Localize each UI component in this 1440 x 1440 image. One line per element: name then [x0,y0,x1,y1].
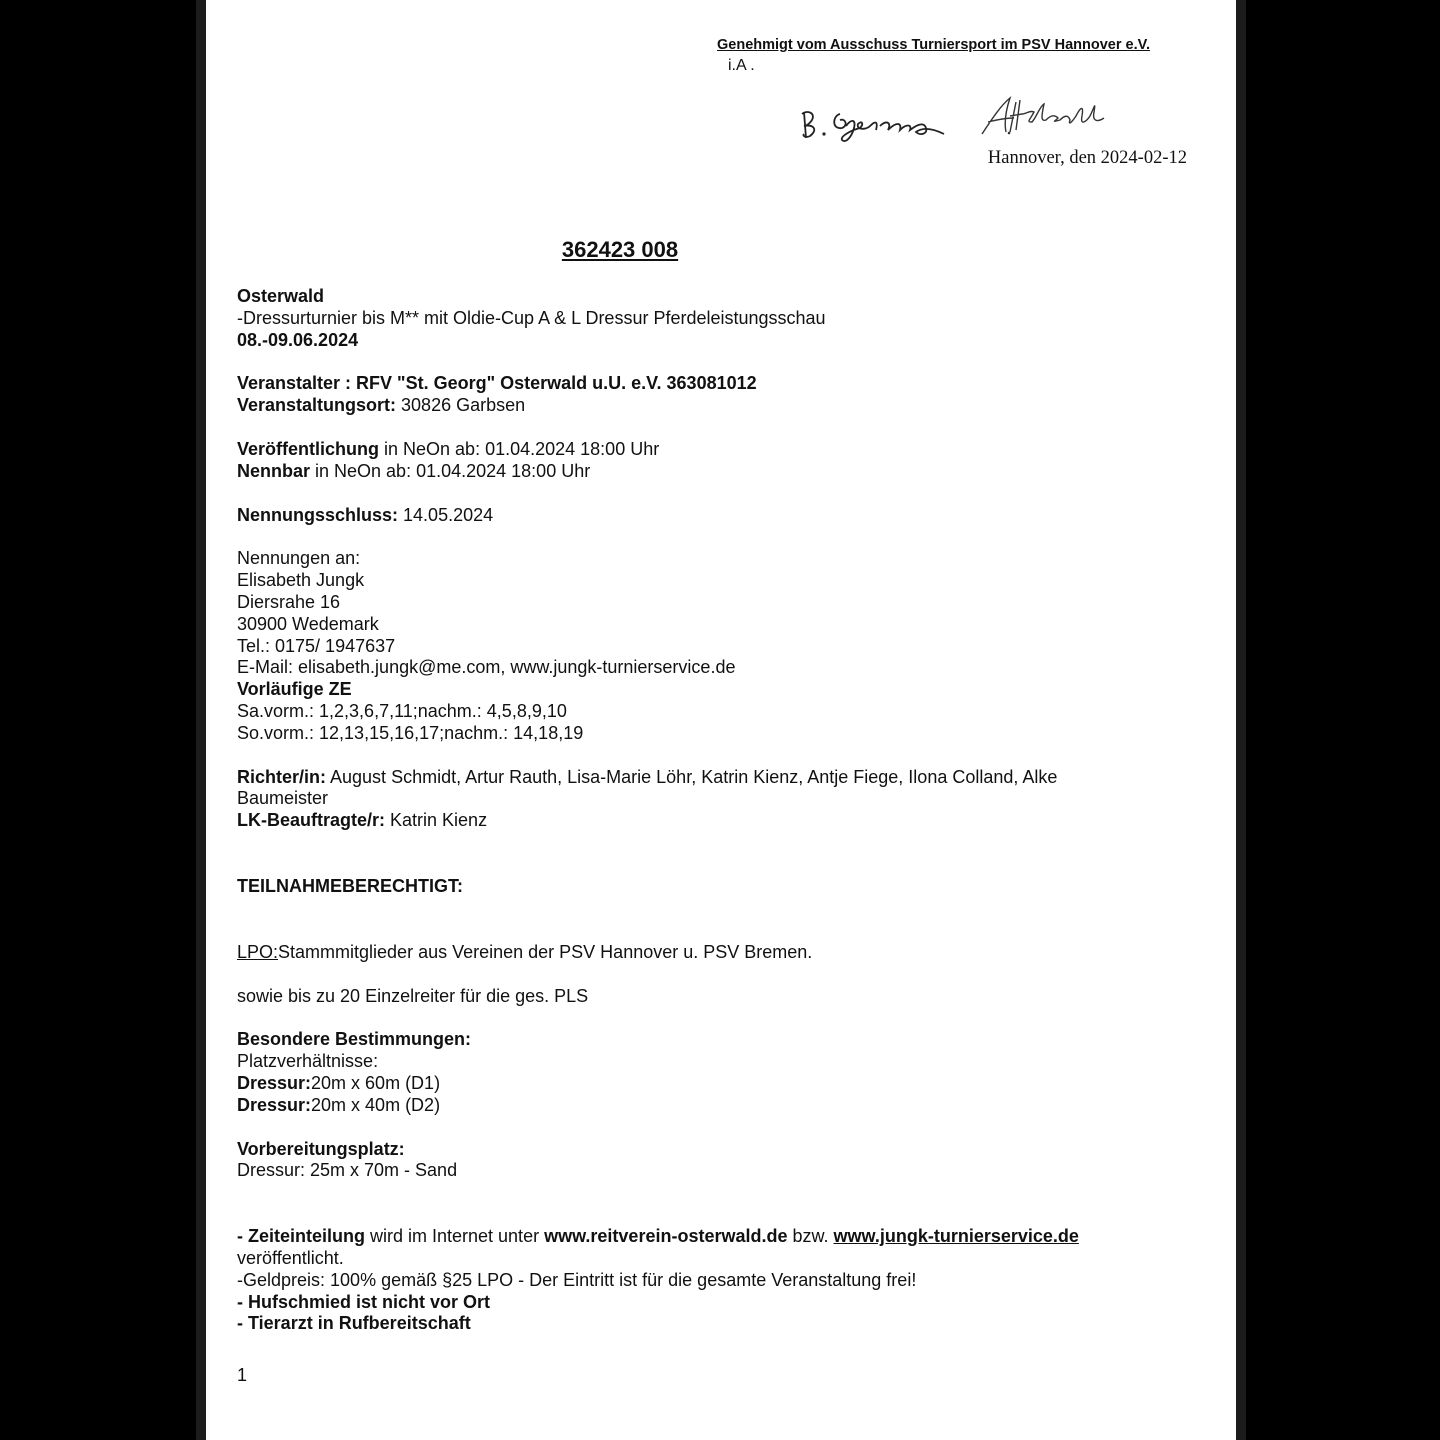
eligibility-extra: sowie bis zu 20 Einzelreiter für die ges… [237,986,1157,1008]
publication-label: Veröffentlichung [237,439,379,459]
arena-1-label: Dressur: [237,1073,311,1093]
page-shadow-right [1236,0,1246,1440]
contact-street: Diersrahe 16 [237,592,1157,614]
document-number: 362423 008 [206,237,1034,263]
venue: Veranstaltungsort: 30826 Garbsen [237,395,1157,417]
publication-value: in NeOn ab: 01.04.2024 18:00 Uhr [379,439,659,459]
arena-1: Dressur:20m x 60m (D1) [237,1073,1157,1095]
signature-2 [976,92,1106,140]
lk-label: LK-Beauftragte/r: [237,810,385,830]
venue-value: 30826 Garbsen [396,395,525,415]
entry-open-label: Nennbar [237,461,310,481]
special-heading: Besondere Bestimmungen: [237,1029,1157,1051]
signature-1 [796,100,956,148]
lk-representative: LK-Beauftragte/r: Katrin Kienz [237,810,1157,832]
event-dates: 08.-09.06.2024 [237,330,1157,352]
schedule-note-text: wird im Internet unter [365,1226,544,1246]
city-date: Hannover, den 2024-02-12 [988,148,1187,169]
event-description: -Dressurturnier bis M** mit Oldie-Cup A … [237,308,1157,330]
arena-2-value: 20m x 40m (D2) [311,1095,440,1115]
arena-1-value: 20m x 60m (D1) [311,1073,440,1093]
schedule-saturday: Sa.vorm.: 1,2,3,6,7,11;nachm.: 4,5,8,9,1… [237,701,1157,723]
lpo-value: Stammmitglieder aus Vereinen der PSV Han… [278,942,812,962]
contact-name: Elisabeth Jungk [237,570,1157,592]
entry-deadline: Nennungsschluss: 14.05.2024 [237,505,1157,527]
schedule-heading: Vorläufige ZE [237,679,1157,701]
on-behalf-label: i.A . [728,57,755,75]
contact-phone: Tel.: 0175/ 1947637 [237,636,1157,658]
schedule-note: - Zeiteinteilung wird im Internet unter … [237,1226,1157,1248]
page-number: 1 [237,1365,247,1386]
lk-value: Katrin Kienz [385,810,487,830]
publication-date: Veröffentlichung in NeOn ab: 01.04.2024 … [237,439,1157,461]
contact-email: E-Mail: elisabeth.jungk@me.com, www.jung… [237,657,1157,679]
schedule-note-label: - Zeiteinteilung [237,1226,365,1246]
reitverein-link[interactable]: www.reitverein-osterwald.de [544,1226,787,1246]
schedule-note-or: bzw. [787,1226,833,1246]
eligibility-lpo: LPO:Stammmitglieder aus Vereinen der PSV… [237,942,1157,964]
turnierservice-link[interactable]: www.jungk-turnierservice.de [834,1226,1079,1246]
schedule-sunday: So.vorm.: 12,13,15,16,17;nachm.: 14,18,1… [237,723,1157,745]
venue-label: Veranstaltungsort: [237,395,396,415]
document-body: Osterwald -Dressurturnier bis M** mit Ol… [237,286,1157,1335]
warmup-value: Dressur: 25m x 70m - Sand [237,1160,1157,1182]
farrier-note: - Hufschmied ist nicht vor Ort [237,1292,1157,1314]
warmup-heading: Vorbereitungsplatz: [237,1139,1157,1161]
arena-2: Dressur:20m x 40m (D2) [237,1095,1157,1117]
entry-open-date: Nennbar in NeOn ab: 01.04.2024 18:00 Uhr [237,461,1157,483]
organizer: Veranstalter : RFV "St. Georg" Osterwald… [237,373,1157,395]
prize-note: -Geldpreis: 100% gemäß §25 LPO - Der Ein… [237,1270,1157,1292]
eligibility-heading: TEILNAHMEBERECHTIGT: [237,876,1157,898]
judges-cont: Baumeister [237,788,1157,810]
judges-value: August Schmidt, Artur Rauth, Lisa-Marie … [326,767,1057,787]
judges-label: Richter/in: [237,767,326,787]
vet-note: - Tierarzt in Rufbereitschaft [237,1313,1157,1335]
contact-city: 30900 Wedemark [237,614,1157,636]
entry-open-value: in NeOn ab: 01.04.2024 18:00 Uhr [310,461,590,481]
entry-deadline-label: Nennungsschluss: [237,505,398,525]
conditions-label: Platzverhältnisse: [237,1051,1157,1073]
document-page: Genehmigt vom Ausschuss Turniersport im … [206,0,1236,1440]
lpo-label: LPO: [237,942,278,962]
approval-line: Genehmigt vom Ausschuss Turniersport im … [717,37,1150,53]
page-shadow-left [196,0,206,1440]
entries-heading: Nennungen an: [237,548,1157,570]
entry-deadline-value: 14.05.2024 [398,505,493,525]
arena-2-label: Dressur: [237,1095,311,1115]
event-place: Osterwald [237,286,1157,308]
judges: Richter/in: August Schmidt, Artur Rauth,… [237,767,1157,789]
schedule-note-end: veröffentlicht. [237,1248,1157,1270]
